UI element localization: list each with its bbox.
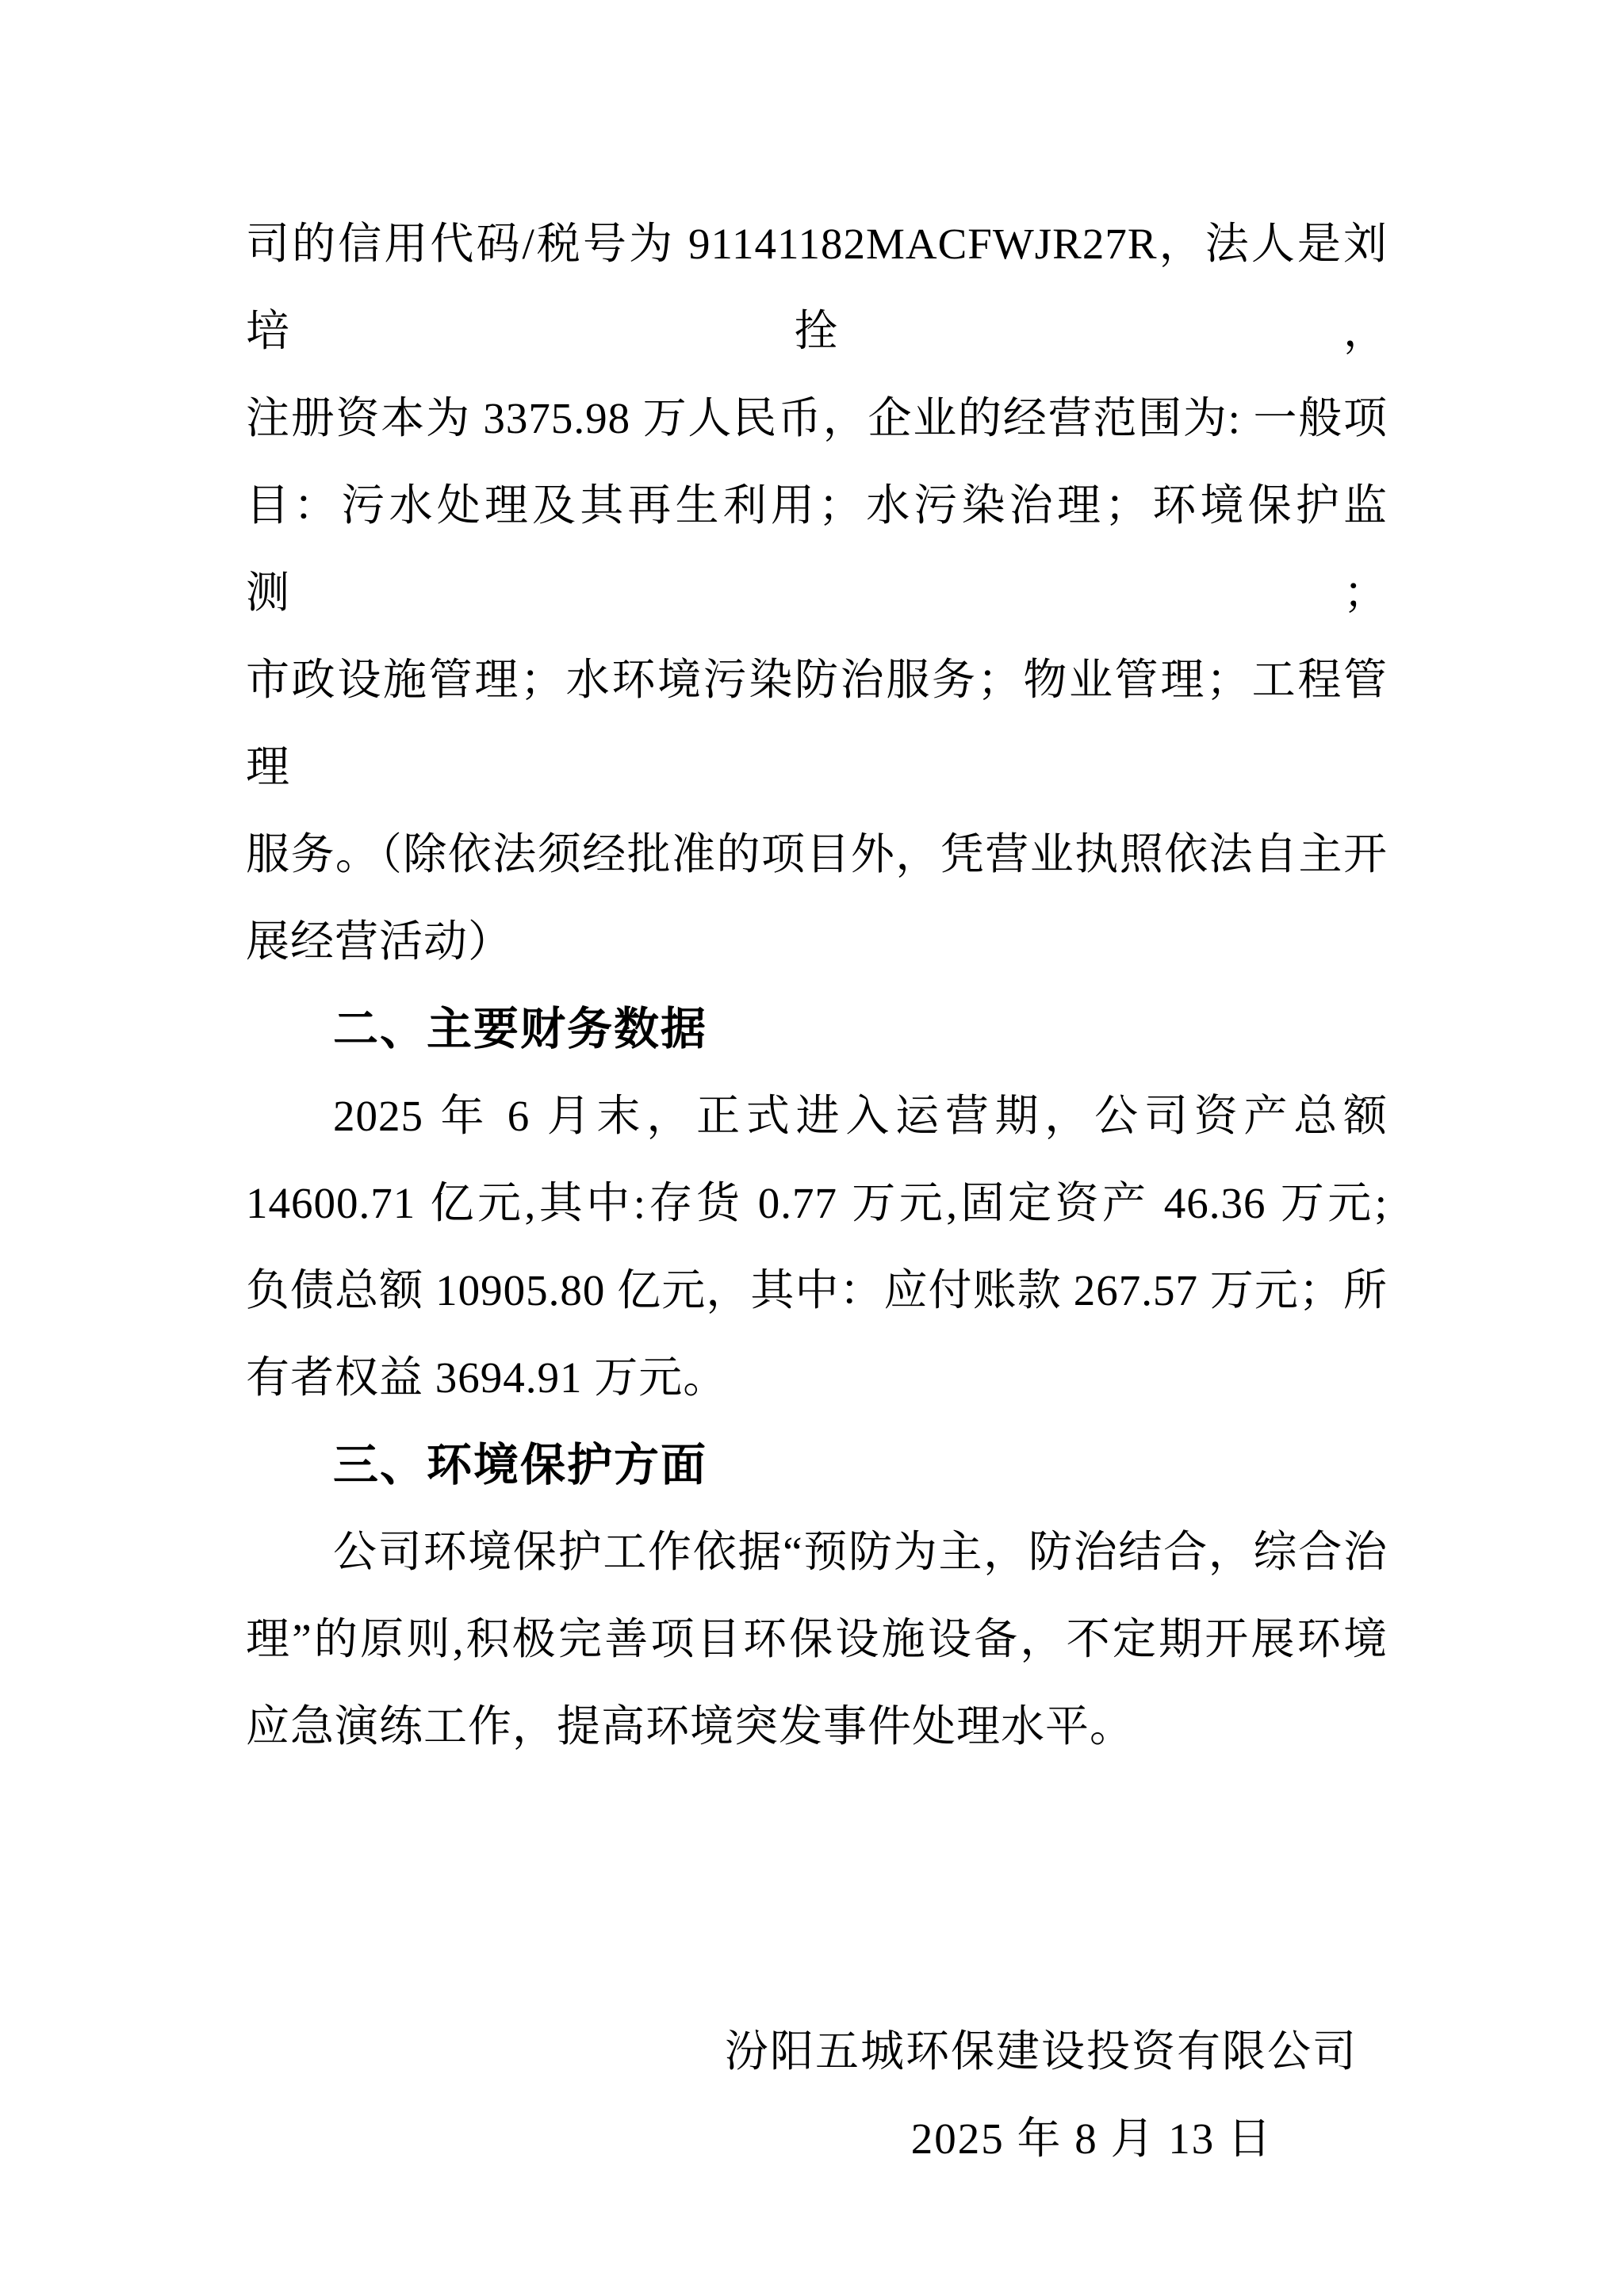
intro-line: 注册资本为 3375.98 万人民币，企业的经营范围为: 一般项 — [246, 375, 1388, 462]
intro-line: 目：污水处理及其再生利用；水污染治理；环境保护监测； — [246, 462, 1388, 637]
section-heading-environment: 三、环境保护方面 — [246, 1422, 1388, 1509]
finance-line: 14600.71 亿元,其中:存货 0.77 万元,固定资产 46.36 万元; — [246, 1160, 1388, 1247]
finance-line: 有者权益 3694.91 万元。 — [246, 1334, 1388, 1422]
environment-line: 公司环境保护工作依据“预防为主，防治结合，综合治 — [246, 1509, 1388, 1596]
intro-line: 司的信用代码/税号为 91141182MACFWJR27R，法人是刘培拴， — [246, 201, 1388, 375]
environment-line: 应急演练工作，提高环境突发事件处理水平。 — [246, 1683, 1388, 1770]
finance-line: 2025 年 6 月末，正式进入运营期，公司资产总额 — [246, 1073, 1388, 1160]
document-body: 司的信用代码/税号为 91141182MACFWJR27R，法人是刘培拴， 注册… — [246, 201, 1388, 2183]
intro-line: 市政设施管理；水环境污染防治服务；物业管理；工程管理 — [246, 637, 1388, 811]
company-signature: 汾阳五城环保建设投资有限公司 — [246, 2008, 1388, 2095]
environment-line: 理”的原则,积极完善项目环保设施设备，不定期开展环境 — [246, 1596, 1388, 1683]
intro-line: 服务。（除依法须经批准的项目外，凭营业执照依法自主开 — [246, 811, 1388, 898]
document-page: 司的信用代码/税号为 91141182MACFWJR27R，法人是刘培拴， 注册… — [0, 0, 1624, 2296]
report-date: 2025 年 8 月 13 日 — [246, 2095, 1388, 2183]
blank-space — [246, 1770, 1388, 2008]
section-heading-finance: 二、主要财务数据 — [246, 985, 1388, 1073]
finance-line: 负债总额 10905.80 亿元，其中：应付账款 267.57 万元；所 — [246, 1247, 1388, 1334]
intro-line: 展经营活动） — [246, 898, 1388, 985]
